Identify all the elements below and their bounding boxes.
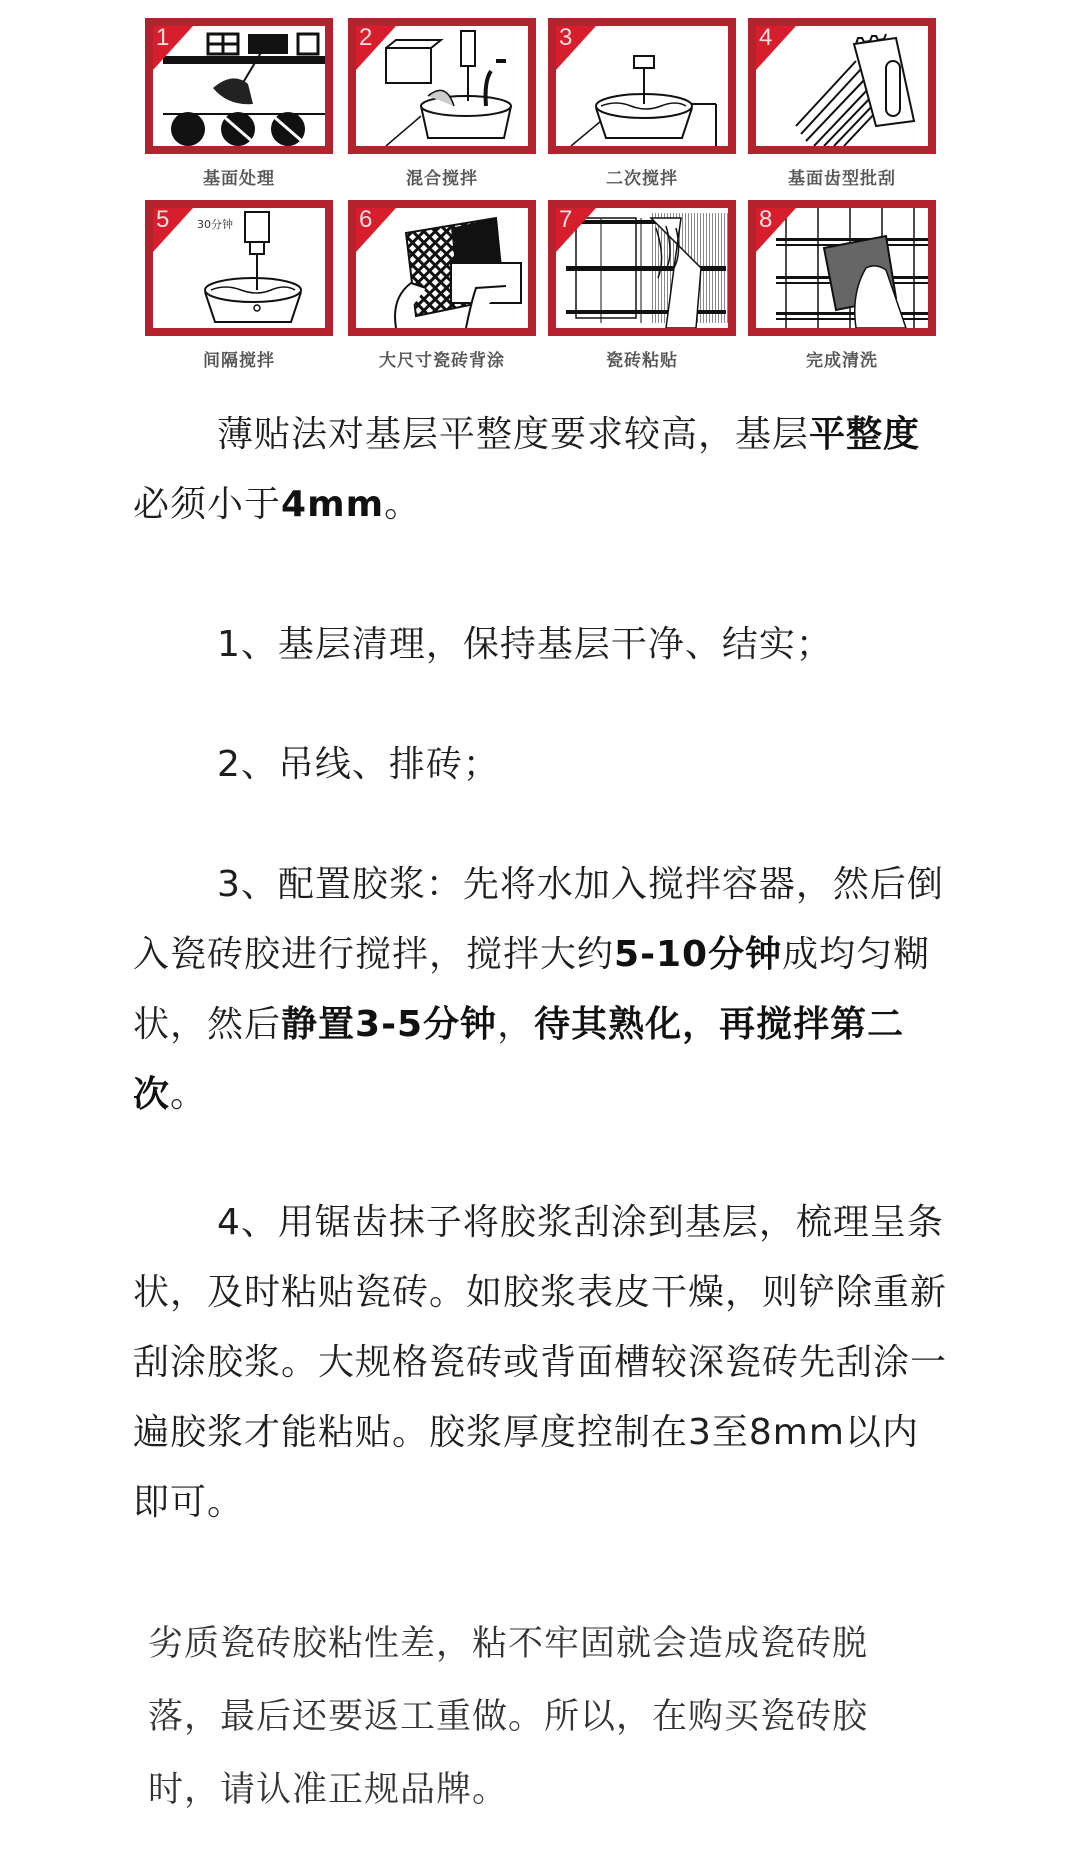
step-2: 2 混合搅拌 (348, 18, 536, 189)
step-box: 1 (145, 18, 333, 154)
step3-bold-mix-time: 5-10分钟 (614, 934, 782, 975)
step-1: 1 基面处理 (145, 18, 333, 189)
closing-note: 劣质瓷砖胶粘性差，粘不牢固就会造成瓷砖脱落，最后还要返工重做。所以，在购买瓷砖胶… (148, 1608, 938, 1827)
intro-bold-flatness-start: 平 (809, 414, 846, 455)
tile-adhesive-steps-figure: 1 基面处理 2 混合搅拌 (140, 14, 940, 374)
step-label: 瓷砖粘贴 (548, 346, 736, 371)
step-box: 30分钟 5 (145, 200, 333, 336)
step-5: 30分钟 5 间隔搅拌 (145, 200, 333, 371)
step-number: 5 (156, 206, 169, 234)
intro-text: 。 (384, 484, 421, 525)
step-label: 大尺寸瓷砖背涂 (348, 346, 536, 371)
step-text-2: 2、吊线、排砖； (133, 730, 953, 800)
step3-text: ， (497, 1004, 534, 1045)
step-8: 8 完成清洗 (748, 200, 936, 371)
step-4: 4 基面齿型批刮 (748, 18, 936, 189)
step-box: 6 (348, 200, 536, 336)
step-number: 2 (359, 24, 372, 52)
step-text-4: 4、用锯齿抹子将胶浆刮涂到基层，梳理呈条状，及时粘贴瓷砖。如胶浆表皮干燥，则铲除… (133, 1188, 953, 1538)
step-number: 3 (559, 24, 572, 52)
step-text-1: 1、基层清理，保持基层干净、结实； (133, 610, 953, 680)
step-label: 完成清洗 (748, 346, 936, 371)
step-text-3: 3、配置胶浆：先将水加入搅拌容器，然后倒入瓷砖胶进行搅拌，搅拌大约5-10分钟成… (133, 850, 953, 1130)
intro-paragraph: 薄贴法对基层平整度要求较高，基层平整度必须小于4mm。 (133, 400, 953, 540)
step-box: 3 (548, 18, 736, 154)
step-label: 间隔搅拌 (145, 346, 333, 371)
step-box: 8 (748, 200, 936, 336)
step-box: 7 (548, 200, 736, 336)
step-6: 6 大尺寸瓷砖背涂 (348, 200, 536, 371)
step-label: 基面齿型批刮 (748, 164, 936, 189)
intro-bold-flatness: 整度 (846, 414, 920, 455)
step-label: 二次搅拌 (548, 164, 736, 189)
intro-bold-4mm: 4mm (281, 484, 384, 525)
step-7: 7 瓷砖粘贴 (548, 200, 736, 371)
duration-annotation: 30分钟 (197, 216, 233, 232)
step-box: 2 (348, 18, 536, 154)
step-label: 基面处理 (145, 164, 333, 189)
step3-text: 。 (170, 1074, 207, 1115)
step-number: 6 (359, 206, 372, 234)
step-3: 3 二次搅拌 (548, 18, 736, 189)
intro-text: 薄贴法对基层平整度要求较高，基层 (217, 414, 809, 455)
step-number: 7 (559, 206, 572, 234)
step3-bold-rest-time: 静置3-5分钟 (281, 1004, 497, 1045)
step-number: 1 (156, 24, 169, 52)
step-label: 混合搅拌 (348, 164, 536, 189)
intro-text: 必须小于 (133, 484, 281, 525)
step-number: 4 (759, 24, 772, 52)
step-box: 4 (748, 18, 936, 154)
step-number: 8 (759, 206, 772, 234)
